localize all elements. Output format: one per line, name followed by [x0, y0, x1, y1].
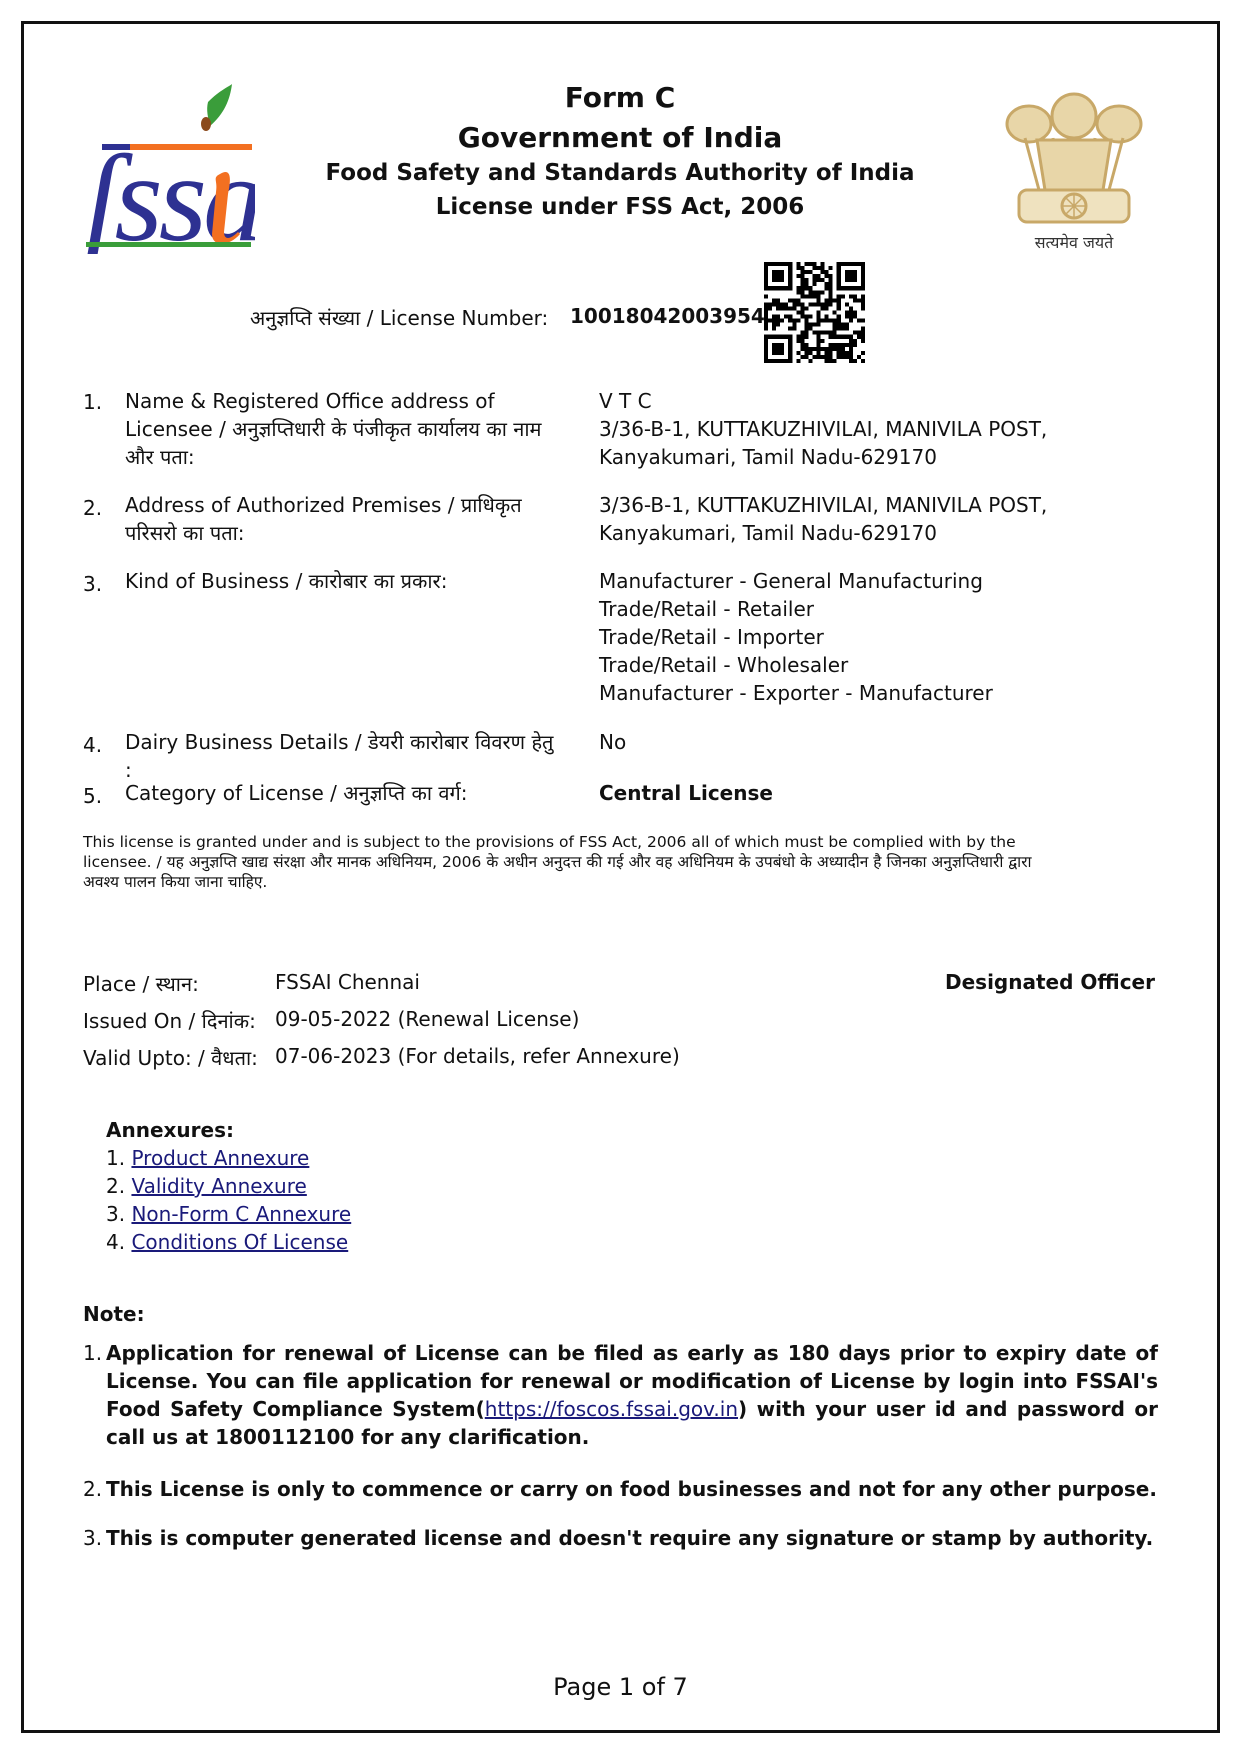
business-kind: Trade/Retail - Importer: [599, 623, 1159, 651]
licensee-name: V T C: [599, 387, 1159, 415]
note-item: 1. Application for renewal of License ca…: [83, 1339, 1158, 1451]
address-line: Kanyakumari, Tamil Nadu-629170: [599, 519, 1159, 547]
note-item: 3. This is computer generated license an…: [83, 1524, 1158, 1552]
item-number: 3.: [83, 572, 102, 596]
note-number: 3.: [83, 1524, 102, 1552]
validity-annexure-link[interactable]: Validity Annexure: [131, 1174, 306, 1198]
note-text-purpose: This License is only to commence or carr…: [106, 1475, 1158, 1503]
note-item: 2. This License is only to commence or c…: [83, 1475, 1158, 1503]
annexure-number: 4.: [106, 1230, 125, 1254]
annexure-item: 2. Validity Annexure: [106, 1174, 307, 1198]
item-value-premises: 3/36-B-1, KUTTAKUZHIVILAI, MANIVILA POST…: [599, 491, 1159, 547]
item-label-category: Category of License / अनुज्ञप्ति का वर्ग…: [125, 779, 565, 807]
annexure-number: 2.: [106, 1174, 125, 1198]
act-title: License under FSS Act, 2006: [320, 196, 920, 230]
government-title: Government of India: [320, 124, 920, 162]
annexures-heading: Annexures:: [106, 1118, 234, 1142]
annexure-number: 3.: [106, 1202, 125, 1226]
note-text-renewal: Application for renewal of License can b…: [106, 1339, 1158, 1451]
annexure-number: 1.: [106, 1146, 125, 1170]
foscos-link[interactable]: https://foscos.fssai.gov.in: [485, 1397, 738, 1421]
issued-on-label: Issued On / दिनांक:: [83, 1007, 256, 1034]
national-emblem-logo: सत्यमेव जयते: [985, 78, 1163, 256]
item-number: 4.: [83, 733, 102, 757]
svg-text:ſssa: ſssa: [84, 130, 255, 254]
item-number: 5.: [83, 784, 102, 808]
qr-code-icon: [764, 262, 865, 363]
conditions-of-license-link[interactable]: Conditions Of License: [131, 1230, 348, 1254]
authority-title: Food Safety and Standards Authority of I…: [320, 162, 920, 196]
non-form-c-annexure-link[interactable]: Non-Form C Annexure: [131, 1202, 351, 1226]
address-line: 3/36-B-1, KUTTAKUZHIVILAI, MANIVILA POST…: [599, 415, 1159, 443]
valid-upto-value: 07-06-2023 (For details, refer Annexure): [275, 1044, 680, 1068]
form-title: Form C: [320, 84, 920, 124]
item-number: 1.: [83, 390, 102, 414]
license-disclaimer: This license is granted under and is sub…: [83, 832, 1063, 892]
svg-text:सत्यमेव जयते: सत्यमेव जयते: [1035, 233, 1114, 252]
business-kind: Manufacturer - General Manufacturing: [599, 567, 1159, 595]
fssai-logo: ſssa: [80, 82, 255, 254]
document-header: Form C Government of India Food Safety a…: [320, 84, 920, 230]
product-annexure-link[interactable]: Product Annexure: [131, 1146, 309, 1170]
item-value-category: Central License: [599, 779, 1159, 807]
place-value: FSSAI Chennai: [275, 970, 420, 994]
designated-officer: Designated Officer: [945, 970, 1155, 994]
business-kind: Trade/Retail - Wholesaler: [599, 651, 1159, 679]
annexure-item: 1. Product Annexure: [106, 1146, 309, 1170]
note-number: 2.: [83, 1475, 102, 1503]
annexure-item: 3. Non-Form C Annexure: [106, 1202, 351, 1226]
item-label-premises: Address of Authorized Premises / प्राधिक…: [125, 491, 565, 547]
note-number: 1.: [83, 1339, 102, 1367]
note-text-computer-generated: This is computer generated license and d…: [106, 1524, 1158, 1552]
business-kind: Manufacturer - Exporter - Manufacturer: [599, 679, 1159, 707]
item-value-dairy: No: [599, 728, 1159, 756]
valid-upto-label: Valid Upto: / वैधता:: [83, 1044, 258, 1071]
address-line: 3/36-B-1, KUTTAKUZHIVILAI, MANIVILA POST…: [599, 491, 1159, 519]
license-number-label: अनुज्ञप्ति संख्या / License Number:: [250, 304, 548, 331]
issued-on-value: 09-05-2022 (Renewal License): [275, 1007, 579, 1031]
item-number: 2.: [83, 496, 102, 520]
item-label-registered-office: Name & Registered Office address of Lice…: [125, 387, 565, 471]
item-value-kind-of-business: Manufacturer - General Manufacturing Tra…: [599, 567, 1159, 707]
license-number-value: 10018042003954: [570, 304, 765, 328]
annexure-item: 4. Conditions Of License: [106, 1230, 348, 1254]
note-heading: Note:: [83, 1302, 145, 1326]
address-line: Kanyakumari, Tamil Nadu-629170: [599, 443, 1159, 471]
business-kind: Trade/Retail - Retailer: [599, 595, 1159, 623]
page-number: Page 1 of 7: [0, 1673, 1241, 1701]
place-label: Place / स्थान:: [83, 970, 199, 997]
item-label-kind-of-business: Kind of Business / कारोबार का प्रकार:: [125, 567, 565, 595]
item-label-dairy: Dairy Business Details / डेयरी कारोबार व…: [125, 728, 565, 784]
item-value-registered-office: V T C 3/36-B-1, KUTTAKUZHIVILAI, MANIVIL…: [599, 387, 1159, 471]
